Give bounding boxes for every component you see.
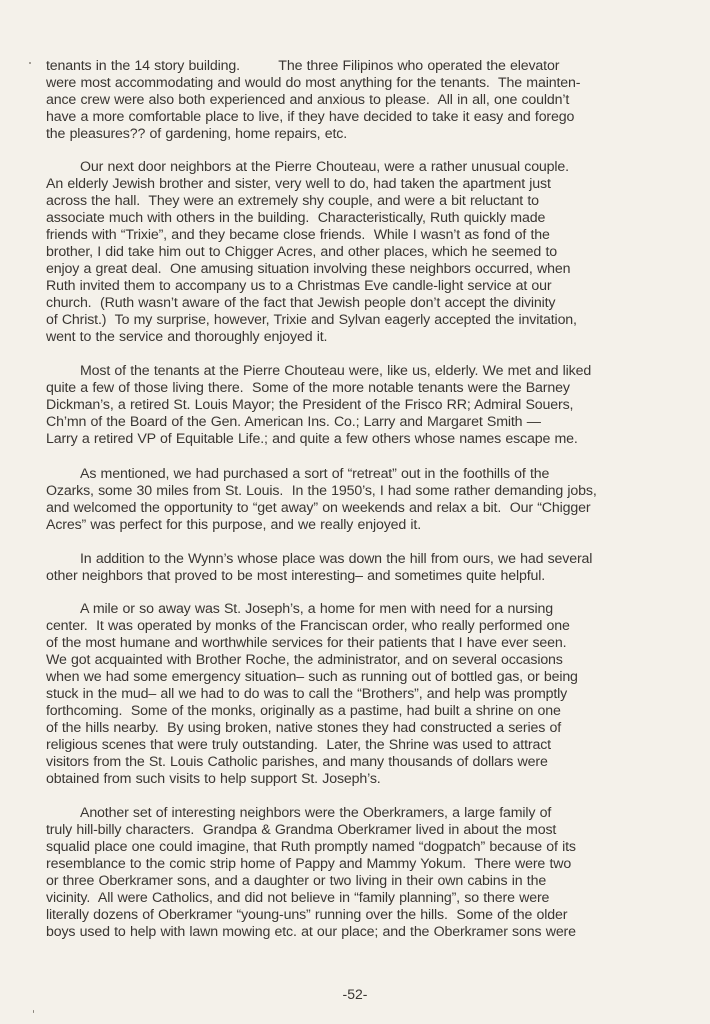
text-line: associate much with others in the buildi… bbox=[46, 210, 666, 227]
text-line: A mile or so away was St. Joseph’s, a ho… bbox=[46, 601, 666, 618]
text-line: literally dozens of Oberkramer “young-un… bbox=[46, 907, 666, 924]
text-line: truly hill-billy characters. Grandpa & G… bbox=[46, 822, 666, 839]
text-line: obtained from such visits to help suppor… bbox=[46, 771, 666, 788]
text-line: stuck in the mud– all we had to do was t… bbox=[46, 686, 666, 703]
text-line: Ruth invited them to accompany us to a C… bbox=[46, 278, 666, 295]
text-line: Larry a retired VP of Equitable Life.; a… bbox=[46, 431, 666, 448]
text-line: enjoy a great deal. One amusing situatio… bbox=[46, 261, 666, 278]
text-line: religious scenes that were truly outstan… bbox=[46, 737, 666, 754]
text-line: center. It was operated by monks of the … bbox=[46, 618, 666, 635]
text-line: tenants in the 14 story building. The th… bbox=[46, 58, 666, 75]
text-line: across the hall. They were an extremely … bbox=[46, 193, 666, 210]
scan-speck bbox=[33, 1010, 34, 1013]
text-line: Another set of interesting neighbors wer… bbox=[46, 805, 666, 822]
text-line: squalid place one could imagine, that Ru… bbox=[46, 839, 666, 856]
text-line: have a more comfortable place to live, i… bbox=[46, 109, 666, 126]
paragraph: As mentioned, we had purchased a sort of… bbox=[46, 466, 666, 534]
text-line: or three Oberkramer sons, and a daughter… bbox=[46, 873, 666, 890]
paragraph: Our next door neighbors at the Pierre Ch… bbox=[46, 159, 666, 346]
text-line: ance crew were also both experienced and… bbox=[46, 92, 666, 109]
text-line: Most of the tenants at the Pierre Choute… bbox=[46, 363, 666, 380]
text-line: Ch’mn of the Board of the Gen. American … bbox=[46, 414, 666, 431]
text-line: We got acquainted with Brother Roche, th… bbox=[46, 652, 666, 669]
text-line: of the most humane and worthwhile servic… bbox=[46, 635, 666, 652]
text-line: quite a few of those living there. Some … bbox=[46, 380, 666, 397]
document-page: tenants in the 14 story building. The th… bbox=[0, 0, 710, 1024]
text-line: church. (Ruth wasn’t aware of the fact t… bbox=[46, 295, 666, 312]
paragraph: In addition to the Wynn’s whose place wa… bbox=[46, 551, 666, 585]
text-line: when we had some emergency situation– su… bbox=[46, 669, 666, 686]
text-line: other neighbors that proved to be most i… bbox=[46, 568, 666, 585]
text-line: Our next door neighbors at the Pierre Ch… bbox=[46, 159, 666, 176]
text-line: Acres” was perfect for this purpose, and… bbox=[46, 517, 666, 534]
text-line: brother, I did take him out to Chigger A… bbox=[46, 244, 666, 261]
text-line: went to the service and thoroughly enjoy… bbox=[46, 329, 666, 346]
page-number: -52- bbox=[0, 986, 710, 1002]
text-line: of Christ.) To my surprise, however, Tri… bbox=[46, 312, 666, 329]
text-line: and welcomed the opportunity to “get awa… bbox=[46, 500, 666, 517]
text-line: the pleasures?? of gardening, home repai… bbox=[46, 126, 666, 143]
text-line: of the hills nearby. By using broken, na… bbox=[46, 720, 666, 737]
text-line: were most accommodating and would do mos… bbox=[46, 75, 666, 92]
text-line: vicinity. All were Catholics, and did no… bbox=[46, 890, 666, 907]
paragraph: Most of the tenants at the Pierre Choute… bbox=[46, 363, 666, 448]
text-line: forthcoming. Some of the monks, original… bbox=[46, 703, 666, 720]
text-line: visitors from the St. Louis Catholic par… bbox=[46, 754, 666, 771]
text-line: boys used to help with lawn mowing etc. … bbox=[46, 924, 666, 941]
text-line: friends with “Trixie”, and they became c… bbox=[46, 227, 666, 244]
text-line: Ozarks, some 30 miles from St. Louis. In… bbox=[46, 483, 666, 500]
text-line: In addition to the Wynn’s whose place wa… bbox=[46, 551, 666, 568]
paragraph: tenants in the 14 story building. The th… bbox=[46, 58, 666, 143]
text-line: Dickman’s, a retired St. Louis Mayor; th… bbox=[46, 397, 666, 414]
text-line: resemblance to the comic strip home of P… bbox=[46, 856, 666, 873]
paragraph: Another set of interesting neighbors wer… bbox=[46, 805, 666, 941]
text-line: An elderly Jewish brother and sister, ve… bbox=[46, 176, 666, 193]
text-line: As mentioned, we had purchased a sort of… bbox=[46, 466, 666, 483]
scan-speck bbox=[29, 62, 31, 64]
paragraph: A mile or so away was St. Joseph’s, a ho… bbox=[46, 601, 666, 788]
